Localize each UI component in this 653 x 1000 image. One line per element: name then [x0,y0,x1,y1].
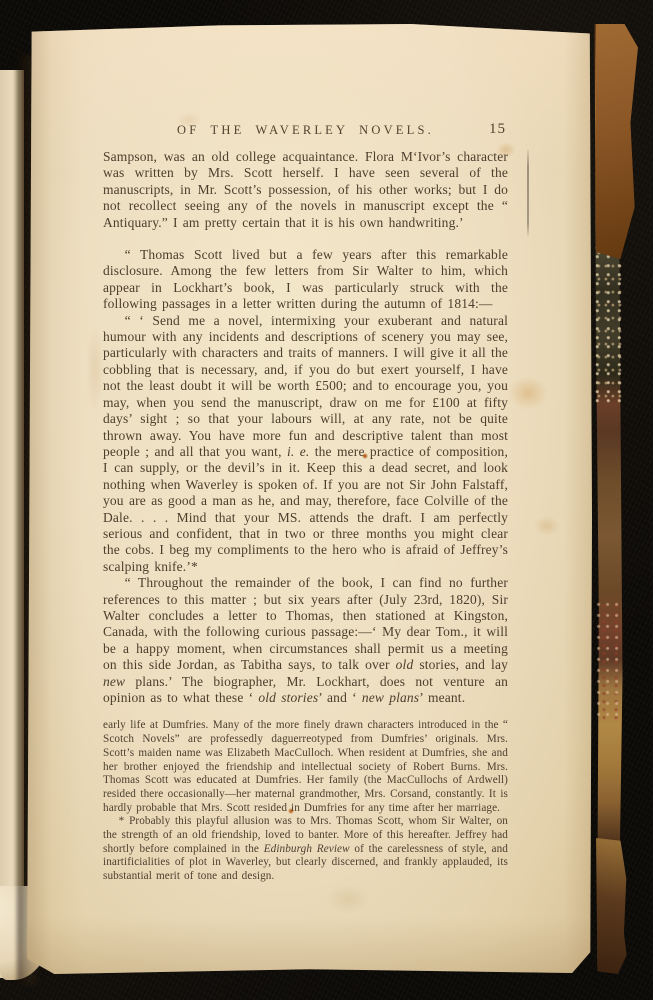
body-paragraph: “ Throughout the remainder of the book, … [103,575,508,706]
footnote-asterisk-paragraph: * Probably this playful allusion was to … [103,815,508,884]
marbled-edge-specks [594,245,622,405]
foxing-spot [326,884,370,914]
body-paragraph: “ ‘ Send me a novel, intermixing your ex… [103,313,508,576]
book-photograph: OF THE WAVERLEY NOVELS. 15 Sampson, was … [0,0,653,1000]
foxing-spot [508,376,548,410]
book-page: OF THE WAVERLEY NOVELS. 15 Sampson, was … [26,24,592,974]
body-paragraph: Sampson, was an old college acquaintance… [103,149,508,231]
marbled-edge-specks [595,600,621,720]
foxing-spot [86,324,104,414]
foxing-spot [534,516,560,536]
page-content: OF THE WAVERLEY NOVELS. 15 Sampson, was … [103,24,508,884]
body-paragraph: “ Thomas Scott lived but a few years aft… [103,247,508,313]
leather-cover-corner-top [596,24,638,259]
footnotes: early life at Dumfries. Many of the more… [103,719,508,883]
leather-cover-corner-bottom [594,838,628,974]
page-number: 15 [489,121,506,138]
running-title: OF THE WAVERLEY NOVELS. [103,123,508,138]
footnote-continuation-paragraph: early life at Dumfries. Many of the more… [103,719,508,815]
body-text: Sampson, was an old college acquaintance… [103,149,508,706]
page-header: OF THE WAVERLEY NOVELS. 15 [103,123,508,140]
margin-pencil-mark [527,150,529,236]
